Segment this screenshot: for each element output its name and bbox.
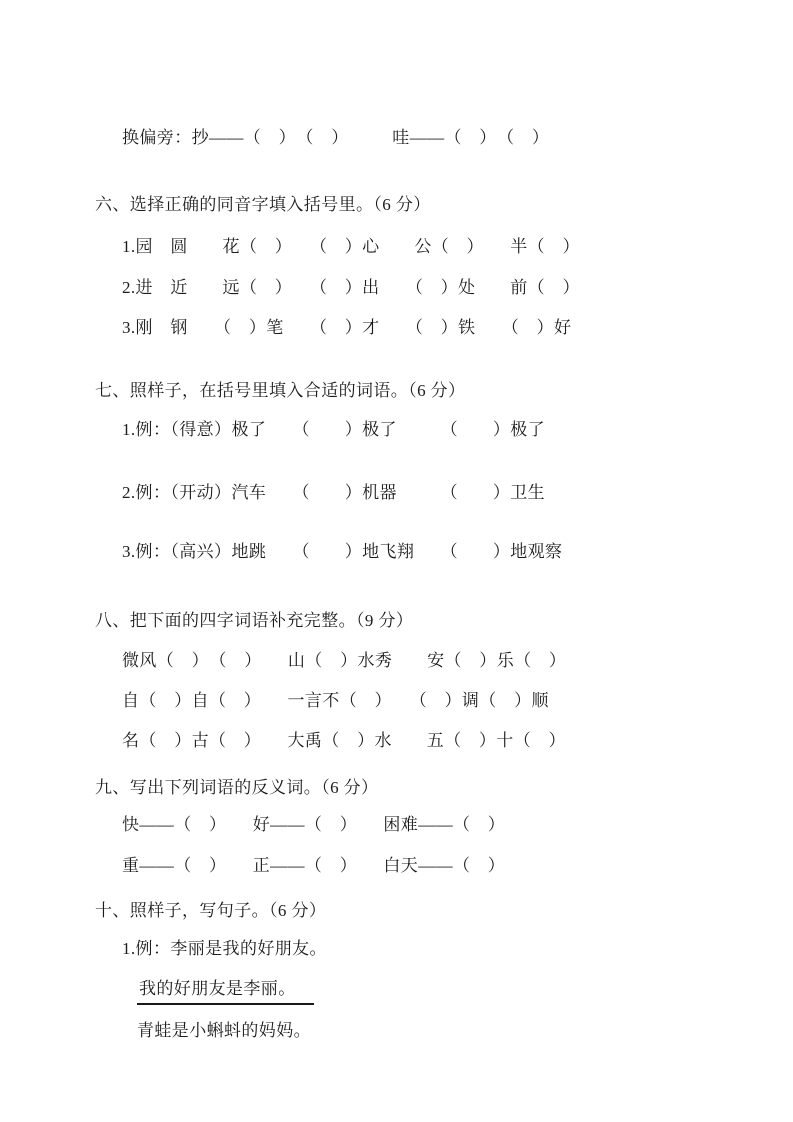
idiom-line-2: 自（ ）自（ ） 一言不（ ） （ ）调（ ）顺 [122,690,549,711]
word-fill-line-2: 2.例：（开动）汽车 （ ）机器 （ ）卫生 [122,482,545,503]
antonym-line-1: 快——（ ） 好——（ ） 困难——（ ） [122,814,505,835]
example-answer-underlined: 我的好朋友是李丽。 [137,978,314,1005]
section-eight-heading: 八、把下面的四字词语补充完整。（9 分） [95,610,413,631]
section-nine-heading: 九、写出下列词语的反义词。（6 分） [95,777,378,798]
section-six-heading: 六、选择正确的同音字填入括号里。（6 分） [95,194,431,215]
section-ten-heading: 十、照样子，写句子。（6 分） [95,900,326,921]
antonym-line-2: 重——（ ） 正——（ ） 白天——（ ） [122,855,505,876]
example-sentence: 1.例：李丽是我的好朋友。 [122,938,327,959]
section-seven-heading: 七、照样子，在括号里填入合适的词语。（6 分） [95,380,465,401]
idiom-line-1: 微风（ ） （ ） 山（ ）水秀 安（ ）乐（ ） [122,650,566,671]
example-answer-line: 我的好朋友是李丽。 [137,978,314,1005]
homophone-line-2: 2.进 近 远（ ） （ ）出 （ ）处 前（ ） [122,277,580,298]
word-fill-line-3: 3.例：（高兴）地跳 （ ）地飞翔 （ ）地观察 [122,541,562,562]
homophone-line-1: 1.园 圆 花（ ） （ ）心 公（ ） 半（ ） [122,236,580,257]
word-fill-line-1: 1.例：（得意）极了 （ ）极了 （ ）极了 [122,419,545,440]
exercise-sentence: 青蛙是小蝌蚪的妈妈。 [137,1020,311,1041]
radical-swap-line: 换偏旁：抄——（ ） （ ） 哇——（ ） （ ） [122,127,549,148]
homophone-line-3: 3.刚 钢 （ ）笔 （ ）才 （ ）铁 （ ）好 [122,317,571,338]
worksheet-page: 换偏旁：抄——（ ） （ ） 哇——（ ） （ ） 六、选择正确的同音字填入括号… [0,0,793,1122]
idiom-line-3: 名（ ）古（ ） 大禹（ ）水 五（ ）十（ ） [122,730,566,751]
